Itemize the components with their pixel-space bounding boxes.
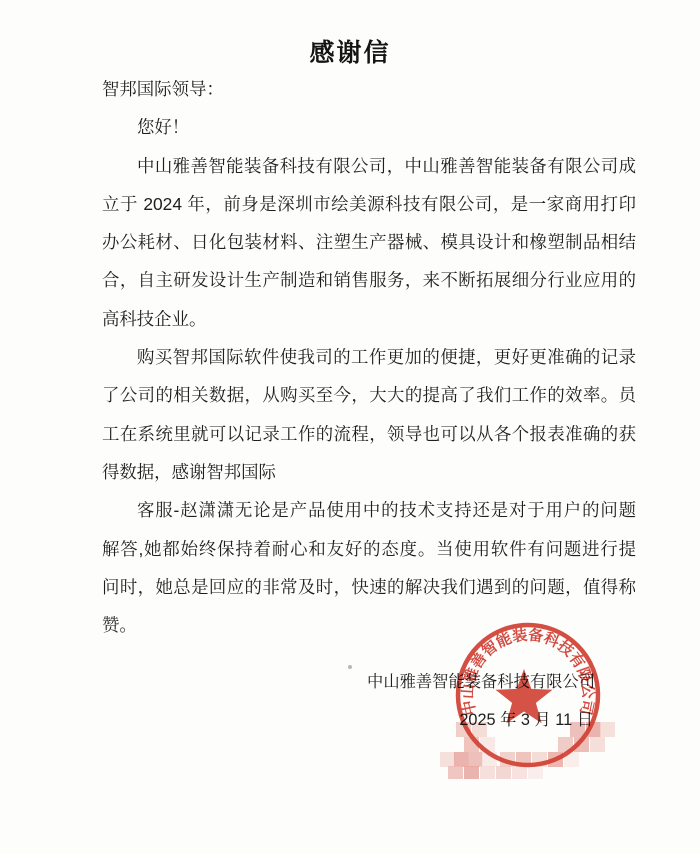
paragraph-line: 中山雅善智能装备科技有限公司，中山雅善智能装备有限公司成 bbox=[102, 147, 636, 185]
signature-company: 中山雅善智能装备科技有限公司 bbox=[367, 663, 595, 701]
signature-date: 2025 年 3 月 11 日 bbox=[459, 701, 593, 739]
paragraph-line: 解答,她都始终保持着耐心和友好的态度。当使用软件有问题进行提 bbox=[102, 530, 636, 568]
letter-page: 感谢信 智邦国际领导： 您好！ 中山雅善智能装备科技有限公司，中山雅善智能装备有… bbox=[0, 0, 700, 854]
paragraph-line: 客服-赵潇潇无论是产品使用中的技术支持还是对于用户的问题 bbox=[102, 491, 636, 529]
paragraph-line: 立于 2024 年，前身是深圳市绘美源科技有限公司，是一家商用打印 bbox=[102, 185, 636, 223]
paragraph-line: 高科技企业。 bbox=[102, 300, 636, 338]
letter-body: 智邦国际领导： 您好！ 中山雅善智能装备科技有限公司，中山雅善智能装备有限公司成… bbox=[102, 70, 636, 644]
paragraph-line: 合，自主研发设计生产制造和销售服务，来不断拓展细分行业应用的 bbox=[102, 261, 636, 299]
paragraph-line: 得数据，感谢智邦国际 bbox=[102, 453, 636, 491]
paragraph-line: 问时，她总是回应的非常及时，快速的解决我们遇到的问题，值得称 bbox=[102, 568, 636, 606]
paragraph-line: 工在系统里就可以记录工作的流程，领导也可以从各个报表准确的获 bbox=[102, 415, 636, 453]
greeting-line: 智邦国际领导： bbox=[102, 70, 636, 108]
paragraph-line: 购买智邦国际软件使我司的工作更加的便捷，更好更准确的记录 bbox=[102, 338, 636, 376]
scan-speck bbox=[348, 665, 352, 669]
paragraph-line: 办公耗材、日化包装材料、注塑生产器械、模具设计和橡塑制品相结 bbox=[102, 223, 636, 261]
paragraph-line: 了公司的相关数据，从购买至今，大大的提高了我们工作的效率。员 bbox=[102, 376, 636, 414]
salutation-line: 您好！ bbox=[102, 108, 636, 146]
paragraph-line: 赞。 bbox=[102, 606, 636, 644]
letter-title: 感谢信 bbox=[0, 33, 700, 69]
